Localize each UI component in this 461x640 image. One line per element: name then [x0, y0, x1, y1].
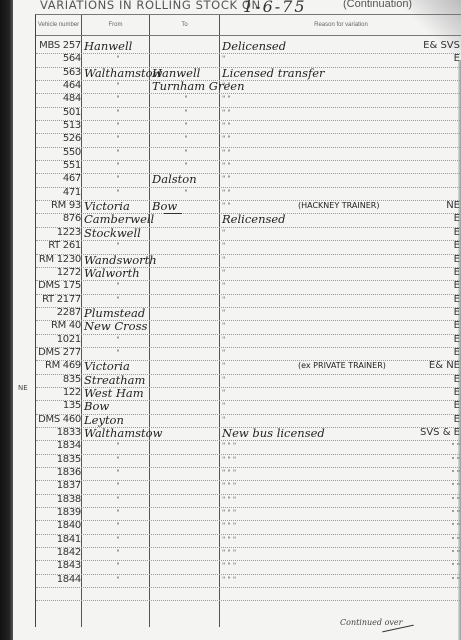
from-cell: ": [84, 159, 152, 173]
status-code-cell: E: [454, 226, 460, 240]
vehicle-number-cell: DMS 175: [36, 279, 81, 293]
to-cell: ": [152, 92, 220, 106]
vehicle-number-cell: 550: [36, 146, 81, 160]
status-code-cell: E: [454, 52, 460, 66]
status-code-cell: E& NE: [429, 359, 460, 373]
reason-cell: ": [222, 279, 437, 293]
reason-cell: ": [222, 386, 437, 400]
status-code-cell: " ": [451, 439, 460, 453]
reason-note: (HACKNEY TRAINER): [298, 199, 461, 213]
to-cell: Dalston: [152, 172, 220, 186]
reason-cell: " ": [222, 172, 437, 186]
status-code-cell: " ": [451, 519, 460, 533]
from-cell: ": [84, 466, 152, 480]
from-cell: Victoria: [84, 199, 152, 213]
status-code-cell: E: [454, 293, 460, 307]
from-cell: ": [84, 79, 152, 93]
reason-cell: ": [222, 239, 437, 253]
reason-cell: " " ": [222, 573, 437, 587]
reason-cell: " ": [222, 92, 437, 106]
reason-cell: ": [222, 293, 437, 307]
from-cell: ": [84, 186, 152, 200]
from-cell: ": [84, 52, 152, 66]
status-code-cell: E: [454, 212, 460, 226]
from-cell: Walworth: [84, 266, 152, 280]
reason-cell: " " ": [222, 533, 437, 547]
from-cell: New Cross: [84, 319, 152, 333]
reason-cell: Relicensed: [222, 212, 437, 226]
continuation-label: (Continuation): [343, 0, 412, 10]
status-code-cell: E: [454, 239, 460, 253]
table-header: Vehicle number From To Reason for variat…: [36, 15, 461, 36]
vehicle-number-cell: 1838: [36, 493, 81, 507]
status-code-cell: E: [454, 333, 460, 347]
reason-cell: " ": [222, 79, 437, 93]
from-cell: Camberwell: [84, 212, 152, 226]
vehicle-number-cell: RT 261: [36, 239, 81, 253]
status-code-cell: SVS & E: [420, 426, 460, 440]
vehicle-number-cell: 471: [36, 186, 81, 200]
status-code-cell: E: [454, 253, 460, 267]
vehicle-number-cell: 1272: [36, 266, 81, 280]
from-cell: Walthamstow: [84, 66, 152, 80]
vehicle-number-cell: 1844: [36, 573, 81, 587]
to-cell: ": [152, 146, 220, 160]
status-code-cell: " ": [451, 533, 460, 547]
from-cell: ": [84, 506, 152, 520]
reason-cell: " " ": [222, 466, 437, 480]
to-cell: ": [152, 159, 220, 173]
vehicle-number-cell: 563: [36, 66, 81, 80]
from-cell: Wandsworth: [84, 253, 152, 267]
status-code-cell: E: [454, 319, 460, 333]
vehicle-number-cell: DMS 277: [36, 346, 81, 360]
reason-cell: " " ": [222, 493, 437, 507]
status-code-cell: " ": [451, 506, 460, 520]
from-cell: ": [84, 479, 152, 493]
status-code-cell: E: [454, 346, 460, 360]
vehicle-number-cell: 2287: [36, 306, 81, 320]
to-cell: ": [152, 186, 220, 200]
vehicle-number-cell: 1837: [36, 479, 81, 493]
reason-cell: ": [222, 399, 437, 413]
form-title: VARIATIONS IN ROLLING STOCK ON: [40, 0, 261, 12]
from-cell: ": [84, 146, 152, 160]
vehicle-number-cell: RM 93: [36, 199, 81, 213]
reason-cell: " ": [222, 186, 437, 200]
from-cell: ": [84, 333, 152, 347]
table-row: 1844"" " "" ": [36, 575, 461, 588]
vehicle-number-cell: RM 1230: [36, 253, 81, 267]
from-cell: ": [84, 239, 152, 253]
reason-cell: ": [222, 373, 437, 387]
status-code-cell: " ": [451, 479, 460, 493]
vehicle-number-cell: 1834: [36, 439, 81, 453]
status-code-cell: NE: [446, 199, 460, 213]
vehicle-number-cell: 1835: [36, 453, 81, 467]
reason-cell: " " ": [222, 519, 437, 533]
to-cell: Turnham Green: [152, 79, 220, 93]
reason-cell: " " ": [222, 506, 437, 520]
reason-cell: ": [222, 413, 437, 427]
from-cell: Hanwell: [84, 39, 152, 53]
from-cell: ": [84, 106, 152, 120]
continued-over-note: Continued over: [340, 618, 402, 627]
to-cell: Hanwell: [152, 66, 220, 80]
from-cell: ": [84, 172, 152, 186]
vehicle-number-cell: 513: [36, 119, 81, 133]
vehicle-number-cell: 1021: [36, 333, 81, 347]
from-cell: ": [84, 573, 152, 587]
vehicle-number-cell: 501: [36, 106, 81, 120]
from-cell: ": [84, 493, 152, 507]
reason-cell: " ": [222, 132, 437, 146]
status-code-cell: E: [454, 413, 460, 427]
reason-cell: Delicensed: [222, 39, 437, 53]
vehicle-number-cell: 835: [36, 373, 81, 387]
from-cell: ": [84, 453, 152, 467]
reason-cell: " ": [222, 119, 437, 133]
vehicle-number-cell: RT 2177: [36, 293, 81, 307]
from-cell: ": [84, 279, 152, 293]
vehicle-number-cell: 1839: [36, 506, 81, 520]
scan-left-edge: [0, 0, 13, 640]
reason-cell: ": [222, 226, 437, 240]
vehicle-number-cell: 526: [36, 132, 81, 146]
margin-note: NE: [18, 384, 28, 392]
from-cell: ": [84, 132, 152, 146]
to-cell: ": [152, 119, 220, 133]
to-cell: ": [152, 132, 220, 146]
reason-cell: " " ": [222, 546, 437, 560]
header-reason: Reason for variation: [220, 15, 461, 35]
vehicle-number-cell: MBS 257: [36, 39, 81, 53]
reason-cell: ": [222, 346, 437, 360]
status-code-cell: E: [454, 386, 460, 400]
reason-cell: ": [222, 333, 437, 347]
reason-cell: " ": [222, 106, 437, 120]
vehicle-number-cell: RM 469: [36, 359, 81, 373]
from-cell: West Ham: [84, 386, 152, 400]
vehicle-number-cell: 1841: [36, 533, 81, 547]
header-to: To: [150, 15, 219, 35]
reason-cell: ": [222, 306, 437, 320]
reason-cell: ": [222, 319, 437, 333]
reason-cell: " ": [222, 146, 437, 160]
from-cell: Walthamstow: [84, 426, 152, 440]
table-body: MBS 257HanwellDelicensedE& SVS564""E563W…: [36, 41, 461, 601]
status-code-cell: " ": [451, 466, 460, 480]
vehicle-number-cell: 1842: [36, 546, 81, 560]
vehicle-number-cell: DMS 460: [36, 413, 81, 427]
vehicle-number-cell: 464: [36, 79, 81, 93]
vehicle-number-cell: 551: [36, 159, 81, 173]
vehicle-number-cell: 122: [36, 386, 81, 400]
from-cell: ": [84, 293, 152, 307]
vehicle-number-cell: 467: [36, 172, 81, 186]
table-row: [36, 588, 461, 601]
from-cell: ": [84, 533, 152, 547]
from-cell: ": [84, 546, 152, 560]
reason-cell: " ": [222, 159, 437, 173]
status-code-cell: " ": [451, 453, 460, 467]
header-from: From: [82, 15, 149, 35]
header-vehicle-number: Vehicle number: [36, 15, 81, 35]
vehicle-number-cell: RM 40: [36, 319, 81, 333]
status-code-cell: " ": [451, 546, 460, 560]
to-cell: Bow: [152, 199, 220, 213]
vehicle-number-cell: 135: [36, 399, 81, 413]
status-code-cell: " ": [451, 573, 460, 587]
vehicle-number-cell: 876: [36, 212, 81, 226]
from-cell: Bow: [84, 399, 152, 413]
from-cell: ": [84, 92, 152, 106]
status-code-cell: " ": [451, 493, 460, 507]
reason-cell: ": [222, 266, 437, 280]
to-cell: ": [152, 106, 220, 120]
from-cell: Streatham: [84, 373, 152, 387]
status-code-cell: E: [454, 373, 460, 387]
rolling-stock-table: Vehicle number From To Reason for variat…: [35, 14, 461, 627]
status-code-cell: E: [454, 279, 460, 293]
from-cell: ": [84, 519, 152, 533]
status-code-cell: E& SVS: [423, 39, 460, 53]
vehicle-number-cell: 484: [36, 92, 81, 106]
from-cell: Victoria: [84, 359, 152, 373]
vehicle-number-cell: 1223: [36, 226, 81, 240]
from-cell: ": [84, 346, 152, 360]
status-code-cell: E: [454, 306, 460, 320]
reason-cell: ": [222, 52, 437, 66]
from-cell: Plumstead: [84, 306, 152, 320]
reason-cell: " " ": [222, 439, 437, 453]
from-cell: ": [84, 119, 152, 133]
reason-cell: " " ": [222, 559, 437, 573]
from-cell: Stockwell: [84, 226, 152, 240]
from-cell: Leyton: [84, 413, 152, 427]
status-code-cell: E: [454, 266, 460, 280]
vehicle-number-cell: 1840: [36, 519, 81, 533]
reason-cell: " " ": [222, 453, 437, 467]
reason-cell: " " ": [222, 479, 437, 493]
reason-cell: Licensed transfer: [222, 66, 437, 80]
status-code-cell: " ": [451, 559, 460, 573]
vehicle-number-cell: 1833: [36, 426, 81, 440]
vehicle-number-cell: 1836: [36, 466, 81, 480]
vehicle-number-cell: 564: [36, 52, 81, 66]
status-code-cell: E: [454, 399, 460, 413]
vehicle-number-cell: 1843: [36, 559, 81, 573]
from-cell: ": [84, 559, 152, 573]
reason-cell: ": [222, 253, 437, 267]
from-cell: ": [84, 439, 152, 453]
reason-cell: New bus licensed: [222, 426, 437, 440]
